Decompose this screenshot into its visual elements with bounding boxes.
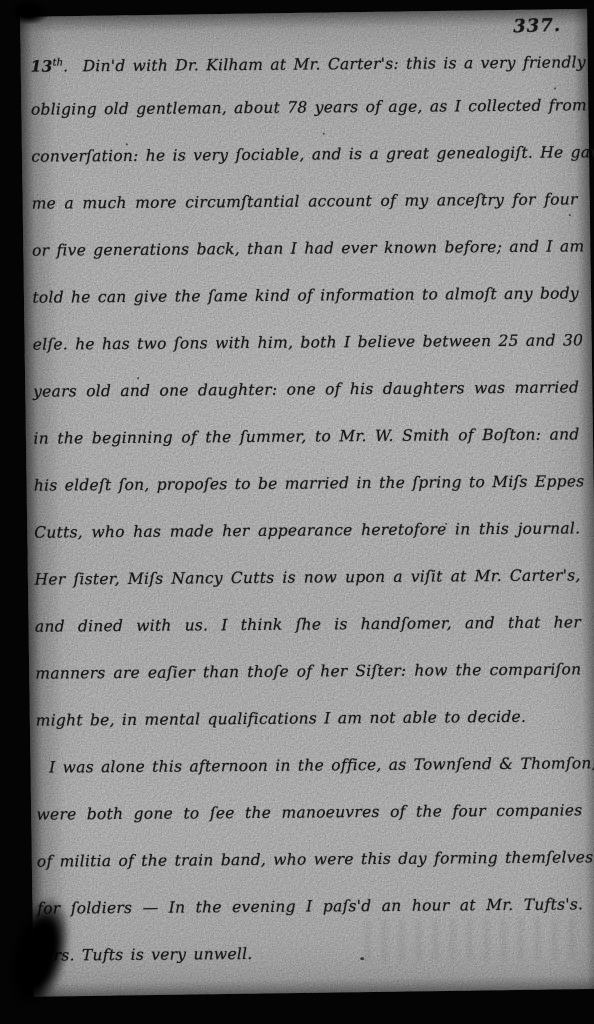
entry-date-suffix: th [53, 57, 64, 68]
manuscript-line: Mrs. Tufts is very unwell. [37, 928, 583, 979]
ink-speck [569, 214, 571, 216]
manuscript-line: 13th. Din'd with Dr. Kilham at Mr. Carte… [30, 35, 576, 86]
ink-speck [137, 377, 139, 379]
manuscript-line: obliging old gentleman, about 78 years o… [31, 82, 577, 133]
manuscript-line: elſe. he has two ſons with him, both I b… [33, 317, 579, 368]
manuscript-line: for ſoldiers — In the evening I paſs'd a… [37, 881, 583, 932]
manuscript-line: were both gone to ſee the manoeuvres of … [36, 787, 582, 838]
manuscript-page: 337. 13th. Din'd with Dr. Kilham at Mr. … [20, 9, 594, 997]
entry-date-number: 13 [31, 57, 53, 76]
manuscript-line: Her ſister, Miſs Nancy Cutts is now upon… [34, 552, 580, 603]
manuscript-line: might be, in mental qualifications I am … [36, 693, 582, 744]
photograph-frame: 337. 13th. Din'd with Dr. Kilham at Mr. … [0, 0, 594, 1024]
manuscript-line: years old and one daughter: one of his d… [33, 364, 579, 415]
ink-speck [126, 143, 128, 145]
manuscript-line: me a much more circumſtantial account of… [31, 176, 577, 227]
manuscript-line: in the beginning of the ſummer, to Mr. W… [33, 411, 579, 462]
page-number: 337. [513, 15, 561, 37]
ink-speck [445, 523, 447, 525]
manuscript-line: I was alone this afternoon in the office… [36, 740, 582, 791]
ink-speck [323, 133, 325, 135]
manuscript-line: told he can give the ſame kind of inform… [32, 270, 578, 321]
manuscript-line: or five generations back, than I had eve… [32, 223, 578, 274]
manuscript-line: Cutts, who has made her appearance heret… [34, 505, 580, 556]
manuscript-line: converſation: he is very ſociable, and i… [31, 129, 577, 180]
manuscript-line: and dined with us. I think ſhe is handſo… [35, 599, 581, 650]
diary-entry-text: 13th. Din'd with Dr. Kilham at Mr. Carte… [30, 35, 583, 979]
ink-speck [360, 957, 364, 960]
ink-speck [554, 87, 556, 89]
manuscript-line: manners are eaſier than thoſe of her Siſ… [35, 646, 581, 697]
edge-shadow-top [20, 9, 587, 33]
manuscript-line: his eldeſt ſon, propoſes to be married i… [34, 458, 580, 509]
manuscript-line: of militia of the train band, who were t… [37, 834, 583, 885]
